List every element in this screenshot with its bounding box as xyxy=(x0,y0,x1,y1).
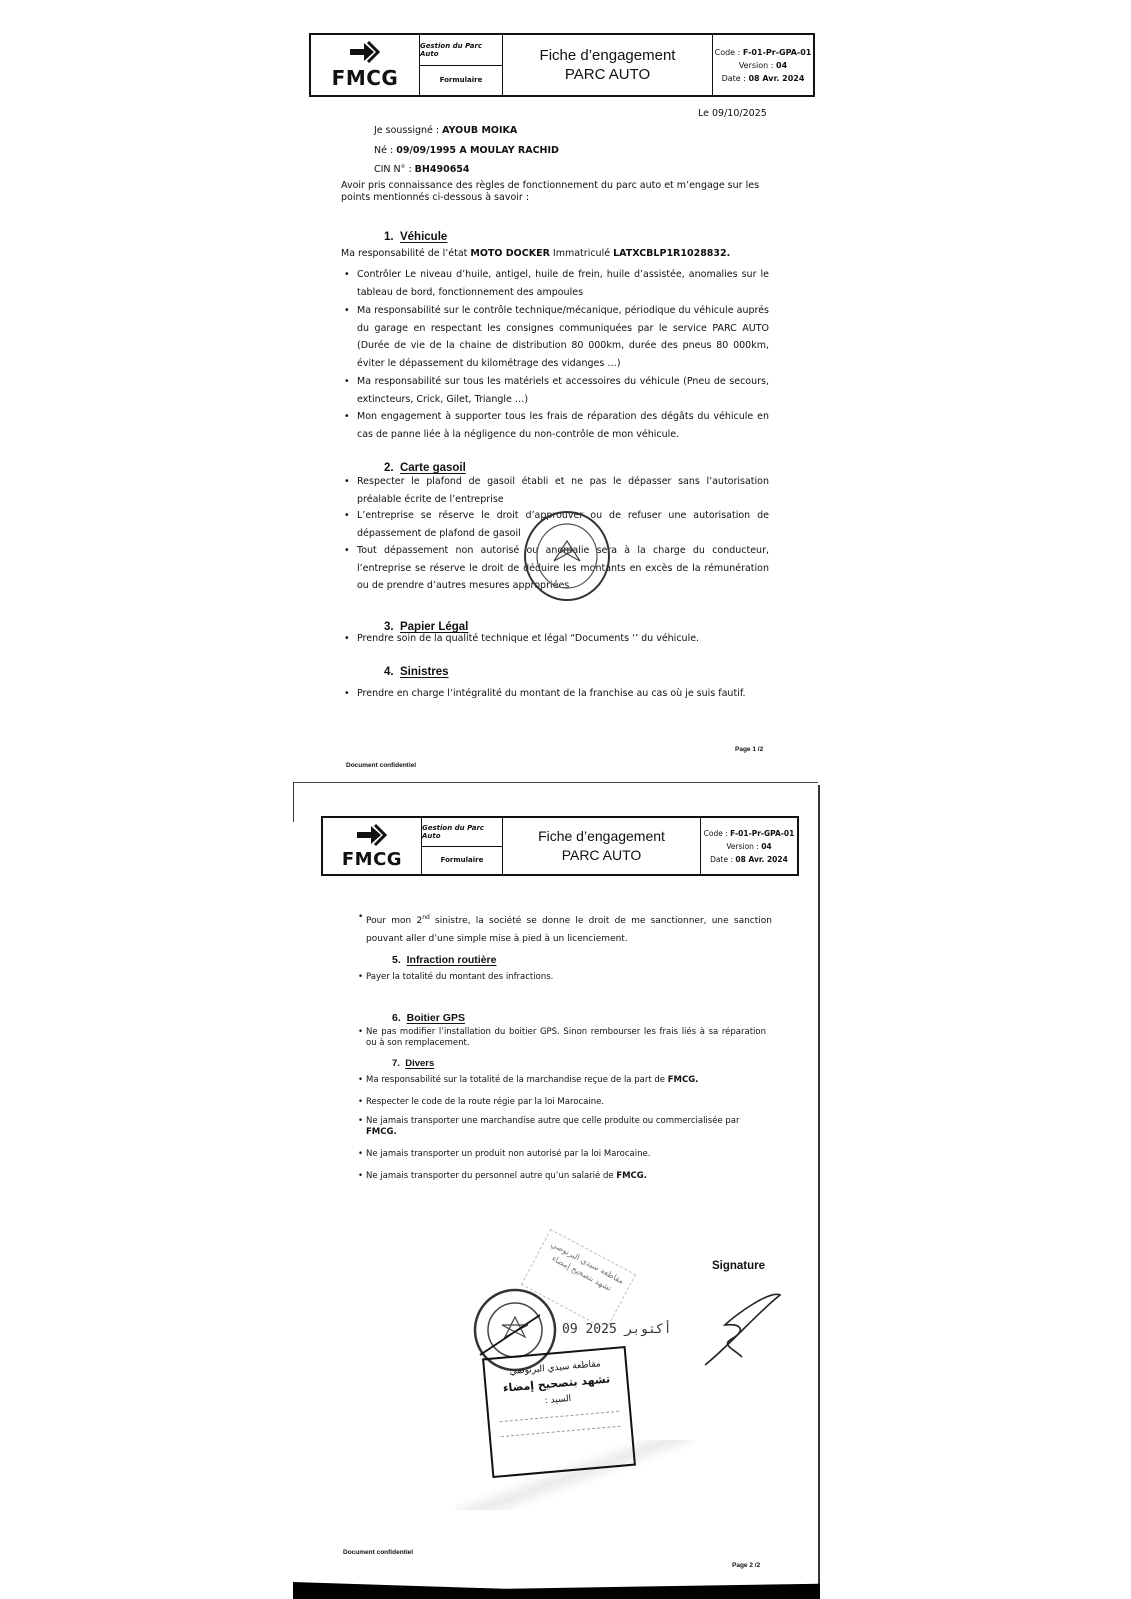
bullet-icon: • xyxy=(344,542,350,560)
section-heading-sinistres: 4. Sinistres xyxy=(384,666,449,678)
footer-confidential: Document confidentiel xyxy=(343,1549,413,1556)
doc-title: Fiche d’engagement PARC AUTO xyxy=(503,35,713,95)
bullet-icon: • xyxy=(358,1094,363,1112)
birth-label: Né : xyxy=(374,145,393,156)
bullet-icon: • xyxy=(358,909,363,927)
list-item: •Ne jamais transporter un produit non au… xyxy=(366,1146,766,1164)
stamp-shadow-streak xyxy=(455,1440,695,1510)
bullet-icon: • xyxy=(358,1027,363,1038)
date-label: Date : xyxy=(722,74,749,83)
bullet-icon: • xyxy=(358,1072,363,1090)
version-value: 04 xyxy=(776,61,787,70)
signatory-row: Je soussigné : AYOUB MOIKA xyxy=(374,122,517,139)
code-value: F-01-Pr-GPA-01 xyxy=(743,48,811,57)
bullet-icon: • xyxy=(344,507,350,525)
bullet-icon: • xyxy=(344,473,350,491)
doc-title-line1: Fiche d’engagement xyxy=(538,827,665,846)
page-number: Page 2 /2 xyxy=(732,1562,760,1569)
list-item: •Ma responsabilité sur le contrôle techn… xyxy=(357,302,769,372)
bullet-icon: • xyxy=(344,630,350,648)
page-edge xyxy=(293,782,295,822)
brand-name: FMCG xyxy=(342,849,402,870)
list-item: •Ma responsabilité sur tous les matériel… xyxy=(357,373,769,408)
doc-classification: Gestion du Parc Auto Formulaire xyxy=(422,818,503,874)
bullet-icon: • xyxy=(358,1168,363,1186)
list-item: •Prendre en charge l’intégralité du mont… xyxy=(357,685,777,703)
list-item: •Mon engagement à supporter tous les fra… xyxy=(357,408,769,443)
department-label: Gestion du Parc Auto xyxy=(422,818,502,847)
doc-title-line2: PARC AUTO xyxy=(562,846,642,865)
stamp-date: 09 أكتوبر 2025 xyxy=(562,1322,672,1337)
bullet-icon: • xyxy=(344,266,350,284)
doc-meta: Code : F-01-Pr-GPA-01 Version : 04 Date … xyxy=(701,818,797,874)
code-label: Code : xyxy=(715,48,743,57)
doc-title-line2: PARC AUTO xyxy=(565,65,650,84)
page-number: Page 1 /2 xyxy=(735,746,763,753)
list-item: •Ne pas modifier l’installation du boiti… xyxy=(366,1027,766,1049)
cin-value: BH490654 xyxy=(415,164,470,175)
bullet-icon: • xyxy=(344,373,350,391)
list-item: •Contrôler Le niveau d’huile, antigel, h… xyxy=(357,266,769,301)
scan-bottom-band xyxy=(293,1582,820,1599)
page-separator xyxy=(293,782,818,784)
brand-name: FMCG xyxy=(332,66,399,90)
vehicle-model: MOTO DOCKER xyxy=(470,248,550,259)
list-item: •Respecter le plafond de gasoil établi e… xyxy=(357,473,769,508)
bullet-icon: • xyxy=(344,302,350,320)
doc-title: Fiche d’engagement PARC AUTO xyxy=(503,818,701,874)
cin-row: CIN N° : BH490654 xyxy=(374,161,470,178)
bullet-icon: • xyxy=(358,969,363,987)
section-heading-infraction-routiere: 5. Infraction routière xyxy=(392,954,496,966)
list-item: •Ma responsabilité sur la totalité de la… xyxy=(366,1072,766,1090)
vehicle-statement: Ma responsabilité de l’état MOTO DOCKER … xyxy=(341,245,730,262)
fmcg-logo: FMCG xyxy=(323,818,422,874)
section-heading-boitier-gps: 6. Boitier GPS xyxy=(392,1012,465,1024)
page-edge-right xyxy=(818,785,820,1585)
doc-title-line1: Fiche d’engagement xyxy=(540,46,676,65)
birth-value: 09/09/1995 A MOULAY RACHID xyxy=(396,145,559,156)
page2-header: FMCG Gestion du Parc Auto Formulaire Fic… xyxy=(321,816,799,876)
doc-classification: Gestion du Parc Auto Formulaire xyxy=(420,35,503,95)
signature-label: Signature xyxy=(712,1260,765,1272)
fmcg-arrow-logo-icon xyxy=(355,823,389,847)
fmcg-logo: FMCG xyxy=(311,35,420,95)
intro-paragraph: Avoir pris connaissance des règles de fo… xyxy=(341,180,773,204)
document-date: Le 09/10/2025 xyxy=(698,105,767,122)
date-value: 08 Avr. 2024 xyxy=(748,74,804,83)
bullet-icon: • xyxy=(358,1116,363,1127)
doc-type-label: Formulaire xyxy=(420,66,502,96)
bullet-icon: • xyxy=(344,408,350,426)
signatory-name: AYOUB MOIKA xyxy=(442,125,517,136)
bullet-icon: • xyxy=(358,1146,363,1164)
vehicle-plate: LATXCBLP1R1028832. xyxy=(613,248,730,259)
official-stamp-icon xyxy=(512,506,622,606)
doc-type-label: Formulaire xyxy=(422,847,502,875)
date-value: 08 Avr. 2024 xyxy=(735,855,787,864)
section-heading-vehicule: 1. Véhicule xyxy=(384,231,447,243)
page1-header: FMCG Gestion du Parc Auto Formulaire Fic… xyxy=(309,33,815,97)
version-label: Version : xyxy=(739,61,776,70)
version-value: 04 xyxy=(761,842,771,851)
list-item: •Payer la totalité du montant des infrac… xyxy=(366,969,772,987)
bullet-icon: • xyxy=(344,685,350,703)
list-item: •Pour mon 2nd sinistre, la société se do… xyxy=(366,909,772,948)
handwritten-signature-icon xyxy=(700,1285,790,1375)
section-heading-divers: 7. Divers xyxy=(392,1058,434,1069)
code-value: F-01-Pr-GPA-01 xyxy=(730,829,794,838)
list-item: •Respecter le code de la route régie par… xyxy=(366,1094,766,1112)
list-item: •Prendre soin de la qualité technique et… xyxy=(357,630,777,648)
fmcg-arrow-logo-icon xyxy=(348,40,382,64)
list-item: •Ne jamais transporter une marchandise a… xyxy=(366,1116,766,1138)
list-item: •Ne jamais transporter du personnel autr… xyxy=(366,1168,766,1186)
cin-label: CIN N° : xyxy=(374,164,412,175)
department-label: Gestion du Parc Auto xyxy=(420,35,502,66)
footer-confidential: Document confidentiel xyxy=(346,762,416,769)
doc-meta: Code : F-01-Pr-GPA-01 Version : 04 Date … xyxy=(713,35,813,95)
signatory-label: Je soussigné : xyxy=(374,125,439,136)
birth-row: Né : 09/09/1995 A MOULAY RACHID xyxy=(374,142,559,159)
